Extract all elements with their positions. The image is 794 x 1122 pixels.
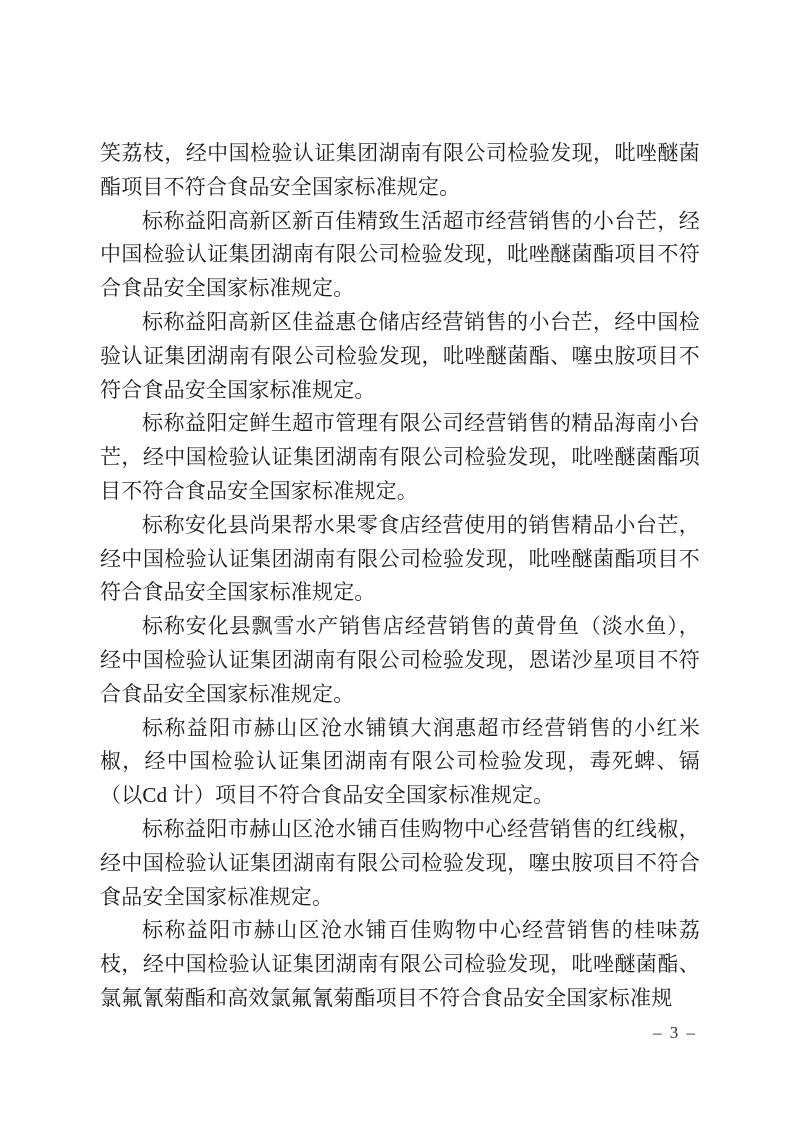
document-body-text: 笑荔枝，经中国检验认证集团湖南有限公司检验发现，吡唑醚菌酯项目不符合食品安全国家… — [100, 137, 700, 1016]
paragraph: 标称益阳市赫山区沧水铺百佳购物中心经营销售的桂味荔枝，经中国检验认证集团湖南有限… — [100, 914, 700, 1015]
paragraph: 标称益阳高新区佳益惠仓储店经营销售的小台芒，经中国检验认证集团湖南有限公司检验发… — [100, 306, 700, 407]
paragraph: 标称益阳市赫山区沧水铺百佳购物中心经营销售的红线椒，经中国检验认证集团湖南有限公… — [100, 813, 700, 914]
paragraph: 标称安化县飘雪水产销售店经营销售的黄骨鱼（淡水鱼），经中国检验认证集团湖南有限公… — [100, 610, 700, 711]
paragraph: 标称益阳高新区新百佳精致生活超市经营销售的小台芒，经中国检验认证集团湖南有限公司… — [100, 205, 700, 306]
paragraph: 标称益阳市赫山区沧水铺镇大润惠超市经营销售的小红米椒，经中国检验认证集团湖南有限… — [100, 712, 700, 813]
paragraph: 标称安化县尚果帮水果零食店经营使用的销售精品小台芒，经中国检验认证集团湖南有限公… — [100, 509, 700, 610]
paragraph: 标称益阳定鲜生超市管理有限公司经营销售的精品海南小台芒，经中国检验认证集团湖南有… — [100, 407, 700, 508]
document-page: 笑荔枝，经中国检验认证集团湖南有限公司检验发现，吡唑醚菌酯项目不符合食品安全国家… — [0, 0, 794, 1122]
paragraph: 笑荔枝，经中国检验认证集团湖南有限公司检验发现，吡唑醚菌酯项目不符合食品安全国家… — [100, 137, 700, 205]
page-number: – 3 – — [640, 1022, 710, 1044]
